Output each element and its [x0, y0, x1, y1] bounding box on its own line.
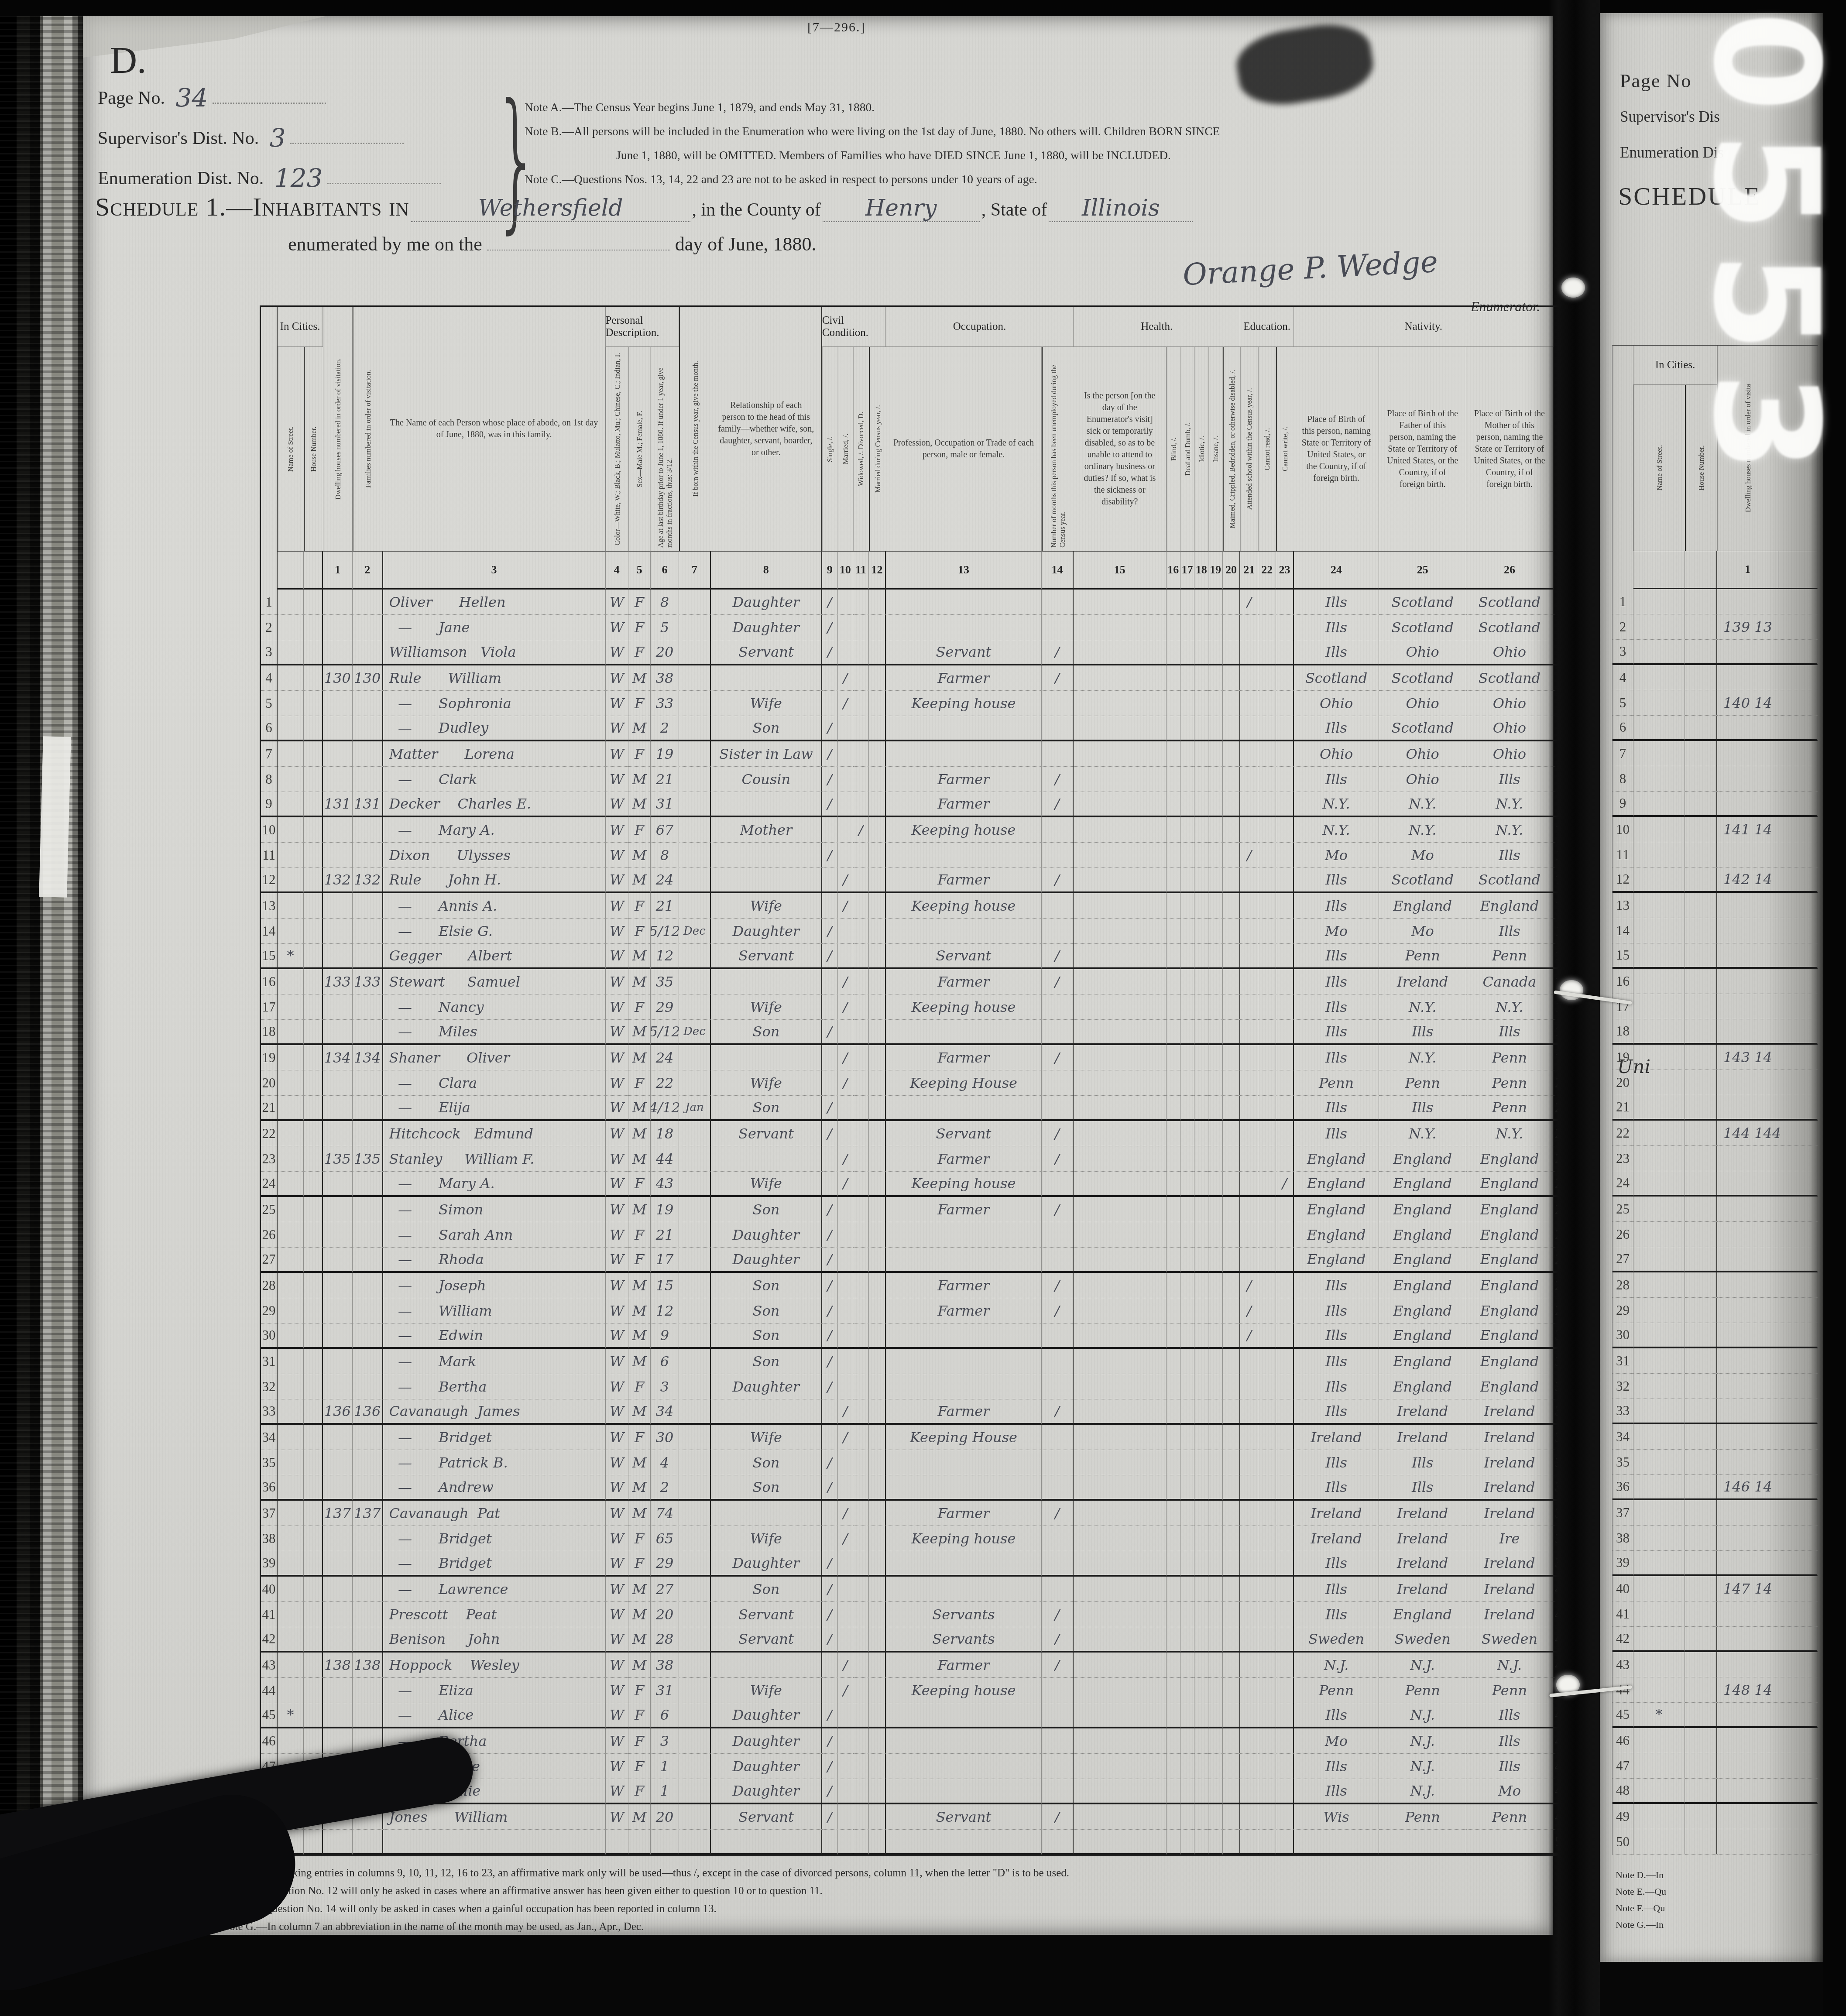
census-cell-age: 38 — [651, 1653, 679, 1678]
census-cell-age: 8 — [651, 590, 679, 615]
census-cell-born — [679, 767, 711, 792]
census-cell-ln: 13 — [261, 893, 278, 919]
sliver-house-cell — [1685, 867, 1717, 893]
col-header-rel: Relationship of each person to the head … — [711, 307, 822, 551]
census-cell-dwell — [323, 1450, 353, 1475]
footnote-f: Note F.—Question No. 14 will only be ask… — [222, 1903, 717, 1915]
census-cell-pf: England — [1379, 1248, 1466, 1273]
census-cell-pf: N.Y. — [1379, 817, 1466, 843]
census-cell-ins — [1208, 665, 1222, 691]
census-cell-bl — [1167, 1273, 1180, 1298]
census-cell-df — [1180, 1577, 1194, 1602]
census-cell-df — [1180, 1653, 1194, 1678]
census-cell-bl — [1167, 1197, 1180, 1222]
census-cell-sex: F — [628, 1779, 651, 1804]
col-number-cw: 23 — [1276, 551, 1294, 590]
census-cell-bl — [1167, 1349, 1180, 1374]
census-cell-mc — [869, 1754, 886, 1779]
census-cell-cr — [1258, 1222, 1276, 1248]
census-cell-born — [679, 843, 711, 868]
census-cell-w — [853, 994, 869, 1020]
census-cell-occ — [886, 716, 1042, 741]
census-cell-sex: M — [628, 1045, 651, 1070]
census-cell-pm: Ills — [1466, 1754, 1554, 1779]
census-cell-cr — [1258, 1020, 1276, 1045]
census-cell-rel: Wife — [711, 1172, 822, 1197]
census-cell-df — [1180, 893, 1194, 919]
census-cell-name: — Andrew — [383, 1475, 606, 1501]
census-cell-cw — [1276, 1045, 1294, 1070]
census-cell-bl — [1167, 893, 1180, 919]
census-cell-ins — [1208, 1349, 1222, 1374]
census-cell-bl — [1167, 741, 1180, 767]
enumerated-tail: day of June, 1880. — [675, 233, 817, 255]
census-cell-mm — [1223, 1653, 1241, 1678]
census-cell-mc — [869, 1678, 886, 1703]
census-cell-w — [853, 893, 869, 919]
census-cell-dwell: 135 — [323, 1146, 353, 1172]
census-cell-mm — [1223, 1577, 1241, 1602]
census-cell-color: W — [606, 1374, 629, 1399]
census-cell-sc — [1240, 1779, 1258, 1804]
census-cell-born — [679, 640, 711, 665]
census-cell-pf: Scotland — [1379, 868, 1466, 893]
sliver-street-cell — [1633, 1500, 1685, 1526]
census-cell-name: — Simon — [383, 1197, 606, 1222]
census-cell-rel: Daughter — [711, 590, 822, 615]
col-header-mc: Married during Census year, /. — [869, 347, 886, 551]
census-cell-fam — [353, 1450, 383, 1475]
sliver-street-cell — [1633, 1323, 1685, 1348]
census-cell-m — [838, 767, 854, 792]
sliver-dwelling-cell — [1717, 716, 1818, 741]
census-cell-id — [1194, 969, 1208, 994]
census-cell-dwell — [323, 1020, 353, 1045]
sliver-row-number: 23 — [1613, 1146, 1633, 1171]
col-number-street — [278, 551, 303, 590]
census-cell-w — [853, 919, 869, 944]
census-cell-id — [1194, 741, 1208, 767]
census-cell-born — [679, 1653, 711, 1678]
census-cell-mm — [1223, 1248, 1241, 1273]
sliver-row-number: 48 — [1613, 1779, 1633, 1804]
census-cell-bl — [1167, 1045, 1180, 1070]
census-cell-df — [1180, 1627, 1194, 1653]
sliver-house-cell — [1685, 1374, 1717, 1399]
census-cell-age: 9 — [651, 1323, 679, 1349]
census-cell-s: / — [822, 716, 838, 741]
census-cell-color: W — [606, 1703, 629, 1728]
census-cell-house — [304, 1551, 323, 1577]
sliver-house-cell — [1685, 1019, 1717, 1045]
census-cell-pm: N.Y. — [1466, 817, 1554, 843]
census-cell-pm: Ohio — [1466, 640, 1554, 665]
census-cell-mc — [869, 1323, 886, 1349]
census-cell-born — [679, 1501, 711, 1526]
census-cell-color: W — [606, 1399, 629, 1425]
census-cell-pob: Ills — [1294, 1121, 1379, 1146]
census-cell-bl — [1167, 1070, 1180, 1096]
sliver-dwelling-cell — [1717, 1728, 1818, 1753]
census-cell-house — [304, 1172, 323, 1197]
census-cell-id — [1194, 1045, 1208, 1070]
census-cell-sex: F — [628, 1728, 651, 1754]
census-cell-ins — [1208, 893, 1222, 919]
census-cell-ln: 21 — [261, 1096, 278, 1121]
census-cell-sick — [1074, 1298, 1166, 1323]
census-cell-pf — [1379, 1830, 1466, 1855]
census-cell-pob: Ills — [1294, 615, 1379, 640]
census-cell-cw — [1276, 1323, 1294, 1349]
census-cell-color: W — [606, 615, 629, 640]
census-cell-mc — [869, 919, 886, 944]
census-cell-rel: Daughter — [711, 1779, 822, 1804]
census-cell-s: / — [822, 640, 838, 665]
census-cell-street — [278, 1374, 303, 1399]
census-cell-rel — [711, 843, 822, 868]
census-cell-cw — [1276, 1425, 1294, 1450]
census-cell-house — [304, 1323, 323, 1349]
census-cell-sex: F — [628, 1551, 651, 1577]
census-cell-mm — [1223, 1551, 1241, 1577]
col-number-mm: 20 — [1223, 551, 1241, 590]
census-cell-un — [1042, 1830, 1074, 1855]
census-cell-name: Hoppock Wesley — [383, 1653, 606, 1678]
census-cell-df — [1180, 1146, 1194, 1172]
sliver-house-cell — [1685, 1551, 1717, 1576]
census-cell-un — [1042, 1374, 1074, 1399]
census-cell-pm: Ireland — [1466, 1577, 1554, 1602]
sliver-dwelling-cell — [1717, 1399, 1818, 1424]
census-cell-sick — [1074, 919, 1166, 944]
census-cell-sick — [1074, 1653, 1166, 1678]
census-cell-m: / — [838, 893, 854, 919]
census-cell-pob: N.Y. — [1294, 792, 1379, 817]
census-cell-name: Benison John — [383, 1627, 606, 1653]
census-cell-id — [1194, 1425, 1208, 1450]
census-cell-sc — [1240, 868, 1258, 893]
census-cell-id — [1194, 1172, 1208, 1197]
census-cell-m — [838, 1197, 854, 1222]
census-cell-df — [1180, 665, 1194, 691]
census-cell-pm: Ills — [1466, 1728, 1554, 1754]
census-cell-pm: Ills — [1466, 1703, 1554, 1728]
census-cell-age: 12 — [651, 944, 679, 969]
census-cell-occ: Farmer — [886, 1273, 1042, 1298]
census-cell-sick — [1074, 893, 1166, 919]
sliver-house-cell — [1685, 918, 1717, 943]
census-cell-pob: Ohio — [1294, 741, 1379, 767]
census-cell-street — [278, 1020, 303, 1045]
census-cell-street — [278, 1450, 303, 1475]
census-cell-bl — [1167, 1779, 1180, 1804]
census-cell-house — [304, 843, 323, 868]
census-cell-name: — Miles — [383, 1020, 606, 1045]
census-cell-born — [679, 665, 711, 691]
census-cell-name: — Elsie G. — [383, 919, 606, 944]
census-cell-id — [1194, 1121, 1208, 1146]
census-cell-sc — [1240, 1222, 1258, 1248]
census-cell-sex: M — [628, 843, 651, 868]
census-cell-cw — [1276, 1703, 1294, 1728]
census-cell-dwell — [323, 843, 353, 868]
census-cell-born — [679, 1045, 711, 1070]
census-cell-m — [838, 843, 854, 868]
census-cell-mm — [1223, 1425, 1241, 1450]
census-cell-w — [853, 944, 869, 969]
census-cell-un: / — [1042, 1146, 1074, 1172]
census-cell-bl — [1167, 1399, 1180, 1425]
census-cell-fam: 131 — [353, 792, 383, 817]
census-cell-age: 67 — [651, 817, 679, 843]
census-cell-w — [853, 1273, 869, 1298]
census-cell-occ: Farmer — [886, 868, 1042, 893]
census-cell-mm — [1223, 843, 1241, 868]
census-cell-name: — Sophronia — [383, 691, 606, 716]
census-cell-street — [278, 843, 303, 868]
census-cell-fam: 132 — [353, 868, 383, 893]
census-cell-s: / — [822, 1627, 838, 1653]
census-cell-ins — [1208, 994, 1222, 1020]
census-cell-occ: Farmer — [886, 1197, 1042, 1222]
census-cell-id — [1194, 817, 1208, 843]
census-cell-un — [1042, 1349, 1074, 1374]
census-cell-sex: M — [628, 1323, 651, 1349]
census-cell-pf: Penn — [1379, 1070, 1466, 1096]
census-cell-street — [278, 1045, 303, 1070]
sliver-row-number: 34 — [1613, 1424, 1633, 1450]
census-cell-pob: Ireland — [1294, 1501, 1379, 1526]
census-cell-pm: Ire — [1466, 1526, 1554, 1551]
census-cell-sick — [1074, 1248, 1166, 1273]
page-number-row: Page No. 34 — [98, 80, 441, 120]
census-cell-cr — [1258, 1653, 1276, 1678]
sliver-street-cell — [1633, 1374, 1685, 1399]
census-cell-ln: 38 — [261, 1526, 278, 1551]
col-header-born: If born within the Census year, give the… — [679, 307, 711, 551]
census-cell-sick — [1074, 1172, 1166, 1197]
census-cell-w — [853, 792, 869, 817]
census-cell-born — [679, 1323, 711, 1349]
census-cell-bl — [1167, 1425, 1180, 1450]
census-cell-age: 8 — [651, 843, 679, 868]
census-cell-pob: N.Y. — [1294, 817, 1379, 843]
census-cell-sick — [1074, 1399, 1166, 1425]
census-cell-ins — [1208, 1779, 1222, 1804]
dotted-rule — [290, 128, 404, 144]
census-cell-sick — [1074, 1475, 1166, 1501]
census-cell-sick — [1074, 716, 1166, 741]
sliver-street-cell — [1633, 716, 1685, 741]
census-cell-m — [838, 1349, 854, 1374]
census-cell-cw — [1276, 893, 1294, 919]
census-cell-mc — [869, 1197, 886, 1222]
census-cell-cr — [1258, 792, 1276, 817]
sliver-row-number: 49 — [1613, 1804, 1633, 1829]
census-cell-house — [304, 1425, 323, 1450]
census-cell-w — [853, 1627, 869, 1653]
sliver-dwelling-cell — [1717, 1450, 1818, 1475]
note-c: Note C.—Questions Nos. 13, 14, 22 and 23… — [525, 172, 1037, 186]
census-cell-pm: Penn — [1466, 1070, 1554, 1096]
census-cell-occ: Servants — [886, 1602, 1042, 1627]
census-cell-fam — [353, 1070, 383, 1096]
census-cell-name: — Lawrence — [383, 1577, 606, 1602]
census-cell-street — [278, 1197, 303, 1222]
census-cell-s: / — [822, 1551, 838, 1577]
census-cell-w — [853, 1779, 869, 1804]
census-cell-m — [838, 1602, 854, 1627]
census-cell-cr — [1258, 590, 1276, 615]
census-cell-m — [838, 640, 854, 665]
census-cell-bl — [1167, 1248, 1180, 1273]
census-cell-s — [822, 994, 838, 1020]
census-cell-w — [853, 1678, 869, 1703]
sliver-dwelling-cell — [1717, 1146, 1818, 1171]
col-number-sc: 21 — [1240, 551, 1258, 590]
sliver-footnotes: Note D.—In Note E.—Qu Note F.—Qu Note G.… — [1616, 1867, 1666, 1933]
census-cell-bl — [1167, 716, 1180, 741]
census-cell-w — [853, 767, 869, 792]
census-cell-dwell — [323, 1070, 353, 1096]
sliver-house-cell — [1685, 1146, 1717, 1171]
census-cell-rel — [711, 1830, 822, 1855]
census-cell-name: — Eliza — [383, 1678, 606, 1703]
sliver-street-cell — [1633, 867, 1685, 893]
sliver-house-cell — [1685, 1829, 1717, 1855]
census-cell-rel — [711, 1399, 822, 1425]
census-cell-pm: Ireland — [1466, 1425, 1554, 1450]
census-cell-house — [304, 691, 323, 716]
sliver-dwelling-cell — [1717, 665, 1818, 690]
census-cell-fam — [353, 716, 383, 741]
census-cell-age: 65 — [651, 1526, 679, 1551]
census-cell-sex: F — [628, 615, 651, 640]
census-cell-df — [1180, 1779, 1194, 1804]
sliver-dwelling-cell — [1717, 1197, 1818, 1222]
census-cell-cw: / — [1276, 1172, 1294, 1197]
census-cell-id — [1194, 691, 1208, 716]
census-cell-bl — [1167, 1602, 1180, 1627]
census-cell-s — [822, 1830, 838, 1855]
census-cell-sex: F — [628, 1070, 651, 1096]
census-cell-w — [853, 1045, 869, 1070]
census-cell-sex: M — [628, 716, 651, 741]
census-cell-cr — [1258, 817, 1276, 843]
census-cell-occ — [886, 1450, 1042, 1475]
census-cell-pm: Penn — [1466, 944, 1554, 969]
census-cell-born — [679, 1804, 711, 1830]
sliver-street-cell — [1633, 1298, 1685, 1323]
sliver-dwelling-cell — [1717, 1070, 1818, 1095]
census-cell-cr — [1258, 1045, 1276, 1070]
census-cell-occ — [886, 1703, 1042, 1728]
census-cell-ln: 9 — [261, 792, 278, 817]
schedule-title-line: Schedule 1.—Inhabitants in Wethersfield … — [95, 192, 1193, 222]
census-cell-street — [278, 1551, 303, 1577]
census-cell-cw — [1276, 1273, 1294, 1298]
census-cell-id — [1194, 1273, 1208, 1298]
census-cell-cr — [1258, 1399, 1276, 1425]
census-cell-m: / — [838, 969, 854, 994]
census-cell-street — [278, 1349, 303, 1374]
census-cell-cr — [1258, 1172, 1276, 1197]
census-cell-cw — [1276, 817, 1294, 843]
census-cell-cr — [1258, 1146, 1276, 1172]
census-cell-fam: 138 — [353, 1653, 383, 1678]
census-cell-sc — [1240, 1450, 1258, 1475]
census-cell-id — [1194, 1551, 1208, 1577]
census-cell-born — [679, 1146, 711, 1172]
census-cell-cr — [1258, 1526, 1276, 1551]
census-cell-sc — [1240, 1020, 1258, 1045]
census-cell-cw — [1276, 1349, 1294, 1374]
census-cell-sc — [1240, 1425, 1258, 1450]
col-number-w: 11 — [853, 551, 869, 590]
sliver-street-cell — [1633, 1475, 1685, 1500]
census-cell-occ: Servants — [886, 1627, 1042, 1653]
census-cell-id — [1194, 1653, 1208, 1678]
census-cell-pf: Ills — [1379, 1450, 1466, 1475]
census-cell-born: Dec — [679, 919, 711, 944]
census-cell-born — [679, 1172, 711, 1197]
census-cell-m — [838, 1551, 854, 1577]
census-cell-mc — [869, 1172, 886, 1197]
census-cell-color: W — [606, 994, 629, 1020]
census-cell-ins — [1208, 944, 1222, 969]
census-cell-sex: F — [628, 1754, 651, 1779]
census-cell-rel: Wife — [711, 893, 822, 919]
census-cell-cw — [1276, 1754, 1294, 1779]
census-cell-occ — [886, 1248, 1042, 1273]
census-cell-pf: Ohio — [1379, 691, 1466, 716]
col-number-df: 17 — [1180, 551, 1194, 590]
census-cell-sick — [1074, 1602, 1166, 1627]
census-cell-cw — [1276, 792, 1294, 817]
census-cell-color: W — [606, 1627, 629, 1653]
sliver-row-number: 26 — [1613, 1222, 1633, 1247]
census-cell-df — [1180, 1248, 1194, 1273]
census-cell-occ — [886, 843, 1042, 868]
census-cell-age: 31 — [651, 1678, 679, 1703]
census-cell-ins — [1208, 1602, 1222, 1627]
census-cell-street — [278, 640, 303, 665]
census-cell-rel: Son — [711, 716, 822, 741]
census-cell-s: / — [822, 1323, 838, 1349]
census-cell-sc — [1240, 1475, 1258, 1501]
census-cell-un — [1042, 817, 1074, 843]
census-cell-pob: Ills — [1294, 994, 1379, 1020]
col-header-s: Single, /. — [822, 347, 838, 551]
census-cell-sex: M — [628, 1349, 651, 1374]
census-cell-ins — [1208, 1804, 1222, 1830]
census-cell-ins — [1208, 1248, 1222, 1273]
sliver-street-cell — [1633, 665, 1685, 690]
group-header-occupation-: Occupation. — [886, 307, 1074, 347]
census-cell-mm — [1223, 1146, 1241, 1172]
census-cell-ln: 41 — [261, 1602, 278, 1627]
col-number-pm: 26 — [1466, 551, 1554, 590]
census-cell-sick — [1074, 1323, 1166, 1349]
sliver-street-cell — [1633, 893, 1685, 918]
census-cell-sc: / — [1240, 843, 1258, 868]
census-cell-cw — [1276, 1577, 1294, 1602]
census-cell-street — [278, 1653, 303, 1678]
census-cell-ins — [1208, 1298, 1222, 1323]
census-cell-df — [1180, 1349, 1194, 1374]
census-cell-sex: F — [628, 919, 651, 944]
census-cell-cw — [1276, 1551, 1294, 1577]
